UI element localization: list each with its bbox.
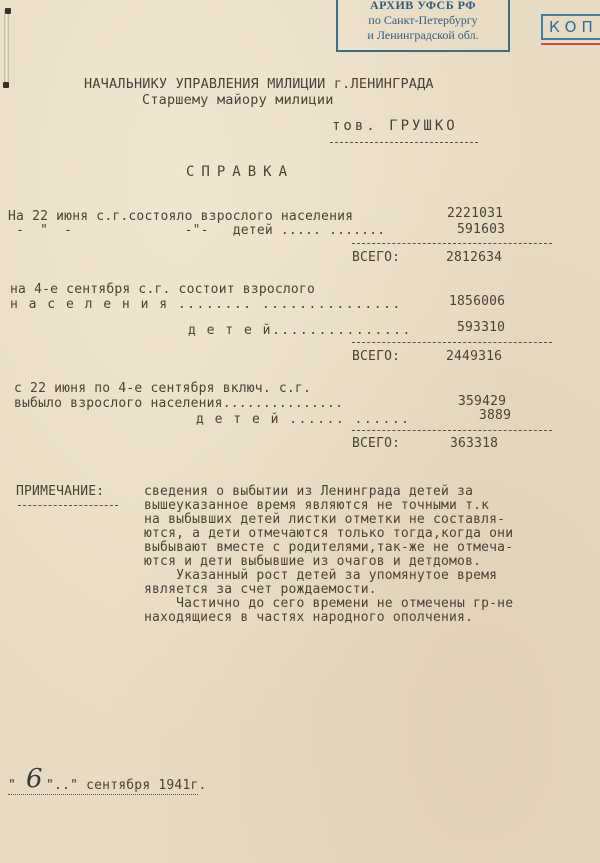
total-label: ВСЕГО: (352, 349, 400, 364)
note-label-underline (18, 505, 118, 506)
staple-end (5, 8, 11, 14)
copy-underline (541, 43, 600, 45)
row-label: д е т е й............... (188, 323, 412, 338)
note-line: является за счет рождаемости. (144, 582, 377, 597)
stamp-line-1: АРХИВ УФСБ РФ (338, 0, 508, 13)
sum-divider (352, 342, 552, 343)
addressee-line-1: НАЧАЛЬНИКУ УПРАВЛЕНИЯ МИЛИЦИИ г.ЛЕНИНГРА… (84, 76, 434, 92)
total-value: 2812634 (446, 250, 502, 265)
row-value: 593310 (457, 320, 505, 335)
stamp-line-3: и Ленинградской обл. (338, 28, 508, 43)
total-label: ВСЕГО: (352, 250, 400, 265)
document-title: СПРАВКА (186, 164, 294, 180)
date-underline (8, 794, 198, 795)
note-line: Указанный рост детей за упомянутое время (144, 568, 497, 583)
row-label: - " - -"- детей ..... ....... (8, 223, 385, 238)
total-value: 363318 (450, 436, 498, 451)
row-label: На 22 июня с.г.состояло взрослого населе… (8, 209, 353, 224)
row-value: выбыло взрослого населения..............… (14, 396, 343, 411)
note-line: находящиеся в частях народного ополчения… (144, 610, 473, 625)
date-quote: " (8, 778, 16, 793)
underline (330, 142, 478, 143)
staple (4, 8, 9, 88)
note-line: ются и дети выбывшие из очагов и детдомо… (144, 554, 481, 569)
archive-stamp: АРХИВ УФСБ РФ по Санкт-Петербургу и Лени… (336, 0, 510, 52)
note-line: вышеуказанное время являются не точными … (144, 498, 489, 513)
note-line: ются, а дети отмечаются только тогда,ког… (144, 526, 513, 541)
row-label: с 22 июня по 4-е сентября включ. с.г. (14, 381, 311, 396)
document-page (0, 0, 600, 863)
row-value: 359429 (458, 394, 506, 409)
sum-divider (352, 243, 552, 244)
row-value: 3889 (479, 408, 511, 423)
row-value: 591603 (457, 222, 505, 237)
stamp-line-2: по Санкт-Петербургу (338, 13, 508, 28)
row-value: 1856006 (449, 294, 505, 309)
row-label: д е т е й ...... ...... (196, 412, 411, 427)
note-line: выбывают вместе с родителями,так-же не о… (144, 540, 513, 555)
total-value: 2449316 (446, 349, 502, 364)
row-label: на 4-е сентября с.г. состоит взрослого (10, 282, 315, 297)
addressee-name: тов. ГРУШКО (332, 118, 458, 134)
total-label: ВСЕГО: (352, 436, 400, 451)
copy-stamp: КОП (541, 14, 600, 40)
addressee-line-2: Старшему майору милиции (142, 92, 334, 108)
date-month-year: ".." сентября 1941г. (46, 778, 207, 793)
row-value: 2221031 (447, 206, 503, 221)
note-line: на выбывших детей листки отметки не сост… (144, 512, 505, 527)
staple-end (3, 82, 9, 88)
note-line: сведения о выбытии из Ленинграда детей з… (144, 484, 473, 499)
sum-divider (352, 430, 552, 431)
note-label: ПРИМЕЧАНИЕ: (16, 484, 104, 499)
row-label: н а с е л е н и я ........ .............… (10, 297, 402, 312)
date-day-handwritten: 6 (26, 764, 43, 794)
note-line: Частично до сего времени не отмечены гр-… (144, 596, 513, 611)
